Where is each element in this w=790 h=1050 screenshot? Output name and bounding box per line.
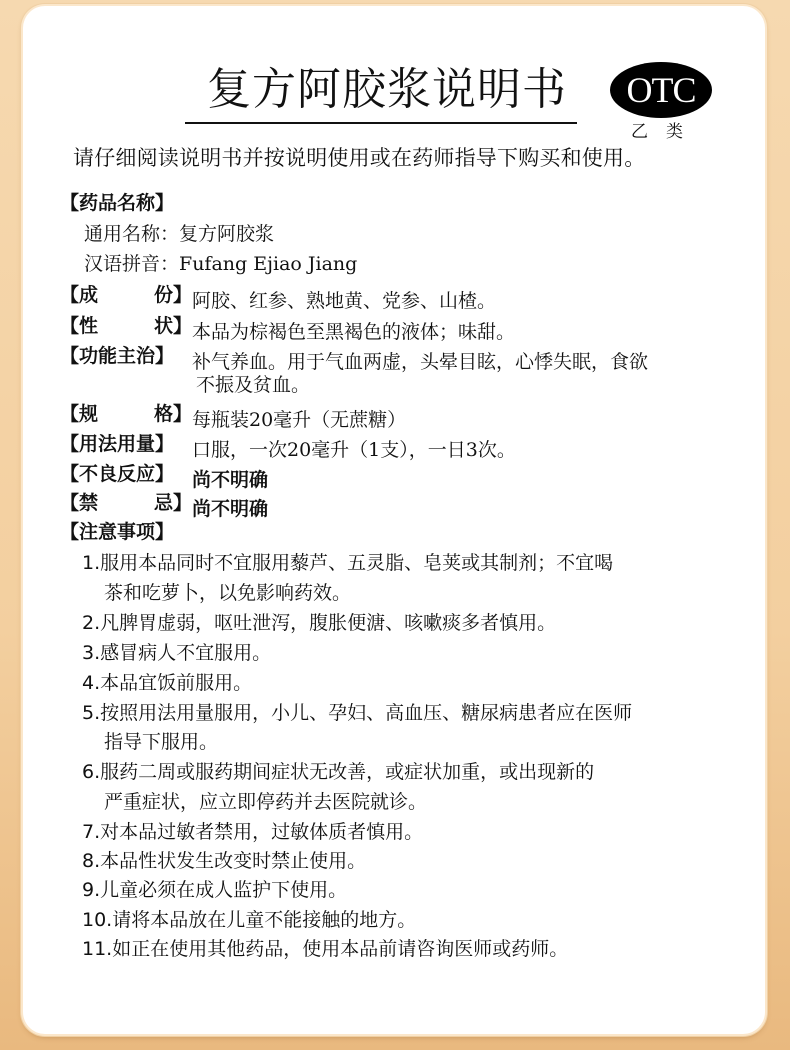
precautions-header: 【注意事项】 — [60, 517, 174, 544]
section-value: 本品为棕褐色至黑褐色的液体；味甜。 — [192, 321, 515, 343]
precaution-item: 11.如正在使用其他药品，使用本品前请咨询医师或药师。 — [82, 934, 568, 961]
generic-name-value: 复方阿胶浆 — [179, 223, 274, 245]
pinyin-value: Fufang Ejiao Jiang — [179, 253, 357, 275]
section-value: 尚不明确 — [192, 498, 268, 520]
generic-name-row: 通用名称：复方阿胶浆 — [84, 219, 274, 246]
precaution-item: 2.凡脾胃虚弱，呕吐泄泻，腹胀便溏、咳嗽痰多者慎用。 — [82, 608, 556, 635]
otc-class-label: 乙类 — [631, 117, 701, 142]
precaution-item: 6.服药二周或服药期间症状无改善，或症状加重，或出现新的 — [82, 757, 594, 784]
section-specification: 【规格】每瓶装20毫升（无蔗糖） — [60, 399, 406, 432]
precaution-item: 7.对本品过敏者禁用，过敏体质者慎用。 — [82, 817, 423, 844]
section-dosage: 【用法用量】口服，一次20毫升（1支），一日3次。 — [60, 429, 516, 462]
section-label: 【药品名称】 — [60, 188, 174, 215]
document-title: 复方阿胶浆说明书 — [207, 62, 567, 118]
section-label: 【不良反应】 — [60, 459, 192, 486]
precaution-item: 9.儿童必须在成人监护下使用。 — [82, 875, 347, 902]
pinyin-label: 汉语拼音： — [84, 253, 179, 275]
section-ingredients: 【成份】阿胶、红参、熟地黄、党参、山楂。 — [60, 280, 496, 313]
section-label: 【性状】 — [60, 311, 192, 338]
section-value-continued: 不振及贫血。 — [196, 370, 310, 397]
section-indications: 【功能主治】补气养血。用于气血两虚，头晕目眩，心悸失眠，食欲 — [60, 341, 648, 374]
precaution-item-continued: 茶和吃萝卜，以免影响药效。 — [104, 578, 351, 605]
section-value: 口服，一次20毫升（1支），一日3次。 — [192, 439, 516, 461]
section-value: 每瓶装20毫升（无蔗糖） — [192, 409, 406, 431]
precaution-item: 8.本品性状发生改变时禁止使用。 — [82, 846, 366, 873]
section-label: 【功能主治】 — [60, 341, 192, 368]
usage-notice: 请仔细阅读说明书并按说明使用或在药师指导下购买和使用。 — [73, 142, 645, 172]
precaution-item: 1.服用本品同时不宜服用藜芦、五灵脂、皂荚或其制剂；不宜喝 — [82, 548, 613, 575]
precaution-item-continued: 严重症状，应立即停药并去医院就诊。 — [104, 787, 427, 814]
title-underline: 复方阿胶浆说明书 — [185, 60, 577, 124]
section-label: 【规格】 — [60, 399, 192, 426]
section-label: 【禁忌】 — [60, 488, 192, 515]
precaution-item-continued: 指导下服用。 — [104, 727, 218, 754]
precaution-item: 10.请将本品放在儿童不能接触的地方。 — [82, 905, 416, 932]
precaution-item: 3.感冒病人不宜服用。 — [82, 638, 271, 665]
section-label: 【注意事项】 — [60, 517, 174, 544]
pinyin-row: 汉语拼音：Fufang Ejiao Jiang — [84, 249, 357, 276]
section-value: 阿胶、红参、熟地黄、党参、山楂。 — [192, 290, 496, 312]
section-appearance: 【性状】本品为棕褐色至黑褐色的液体；味甜。 — [60, 311, 515, 344]
precaution-item: 5.按照用法用量服用，小儿、孕妇、高血压、糖尿病患者应在医师 — [82, 698, 632, 725]
otc-badge: OTC — [610, 62, 712, 118]
drug-name-header: 【药品名称】 — [60, 188, 174, 215]
precaution-item: 4.本品宜饭前服用。 — [82, 668, 252, 695]
section-label: 【成份】 — [60, 280, 192, 307]
generic-name-label: 通用名称： — [84, 223, 179, 245]
section-label: 【用法用量】 — [60, 429, 192, 456]
